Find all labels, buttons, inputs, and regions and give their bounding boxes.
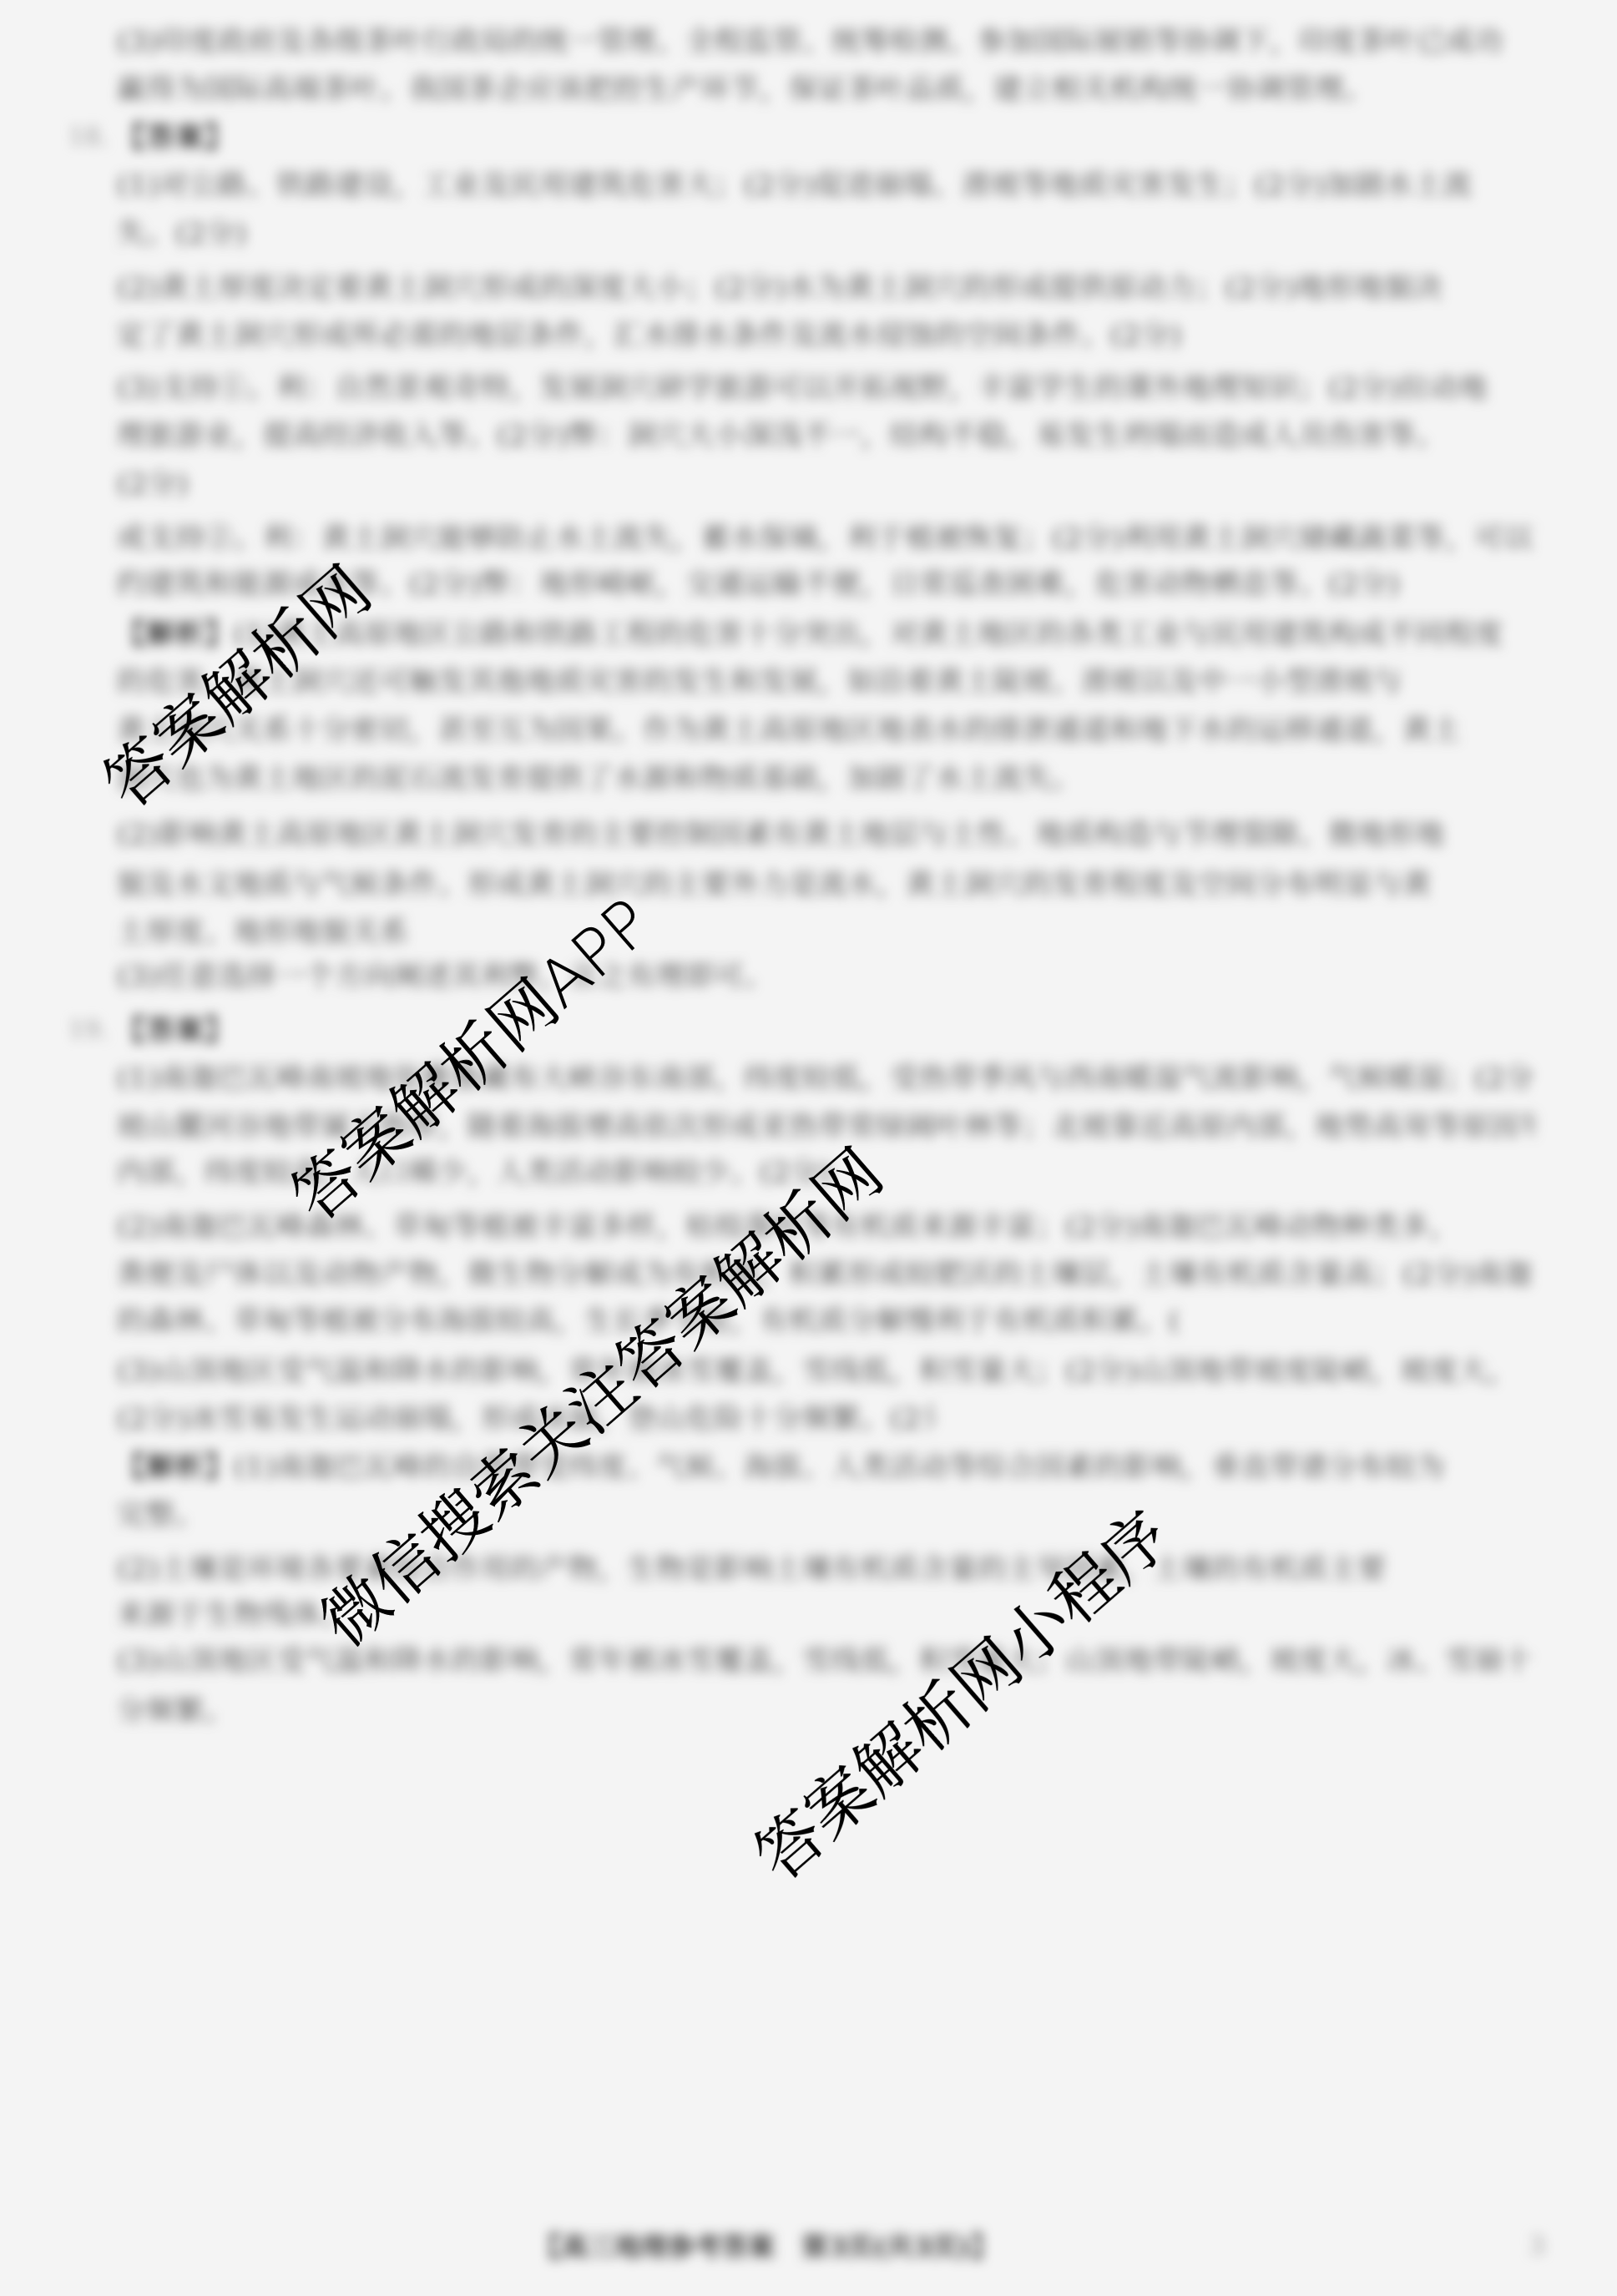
line-text: 貌及水文地质与气候条件。形成黄土洞穴的主要外力是流水，黄土洞穴的发育程度及空间分… [117, 868, 1432, 901]
text-line: 完整。 [117, 1498, 209, 1532]
text-line: 粪便及尸体以及动物产物，微生物分解成为有机质，积累形成较肥沃的土壤层，土壤有机质… [117, 1258, 1536, 1291]
text-line: (1)南迦巴瓦峰南坡地处雅鲁藏布大峡谷东南部，纬度较低，受热带季风与西南暖湿气流… [117, 1062, 1536, 1095]
section-tag: 【解析】 [117, 1451, 234, 1484]
text-line: 坡山麓河谷地带属于热带，随着海拔增高依次形成亚热带常绿阔叶林等；北坡靠近高原内部… [117, 1110, 1536, 1143]
section-tag: 【答案】 [117, 121, 234, 154]
line-text: 完整。 [117, 1498, 205, 1532]
text-line: (3)支持①。利：自然景观奇特，发展洞穴研学旅游可以开拓视野，丰富学生的课外地理… [117, 371, 1536, 405]
line-text: (3)印度政府及各级茶叶行政局的统一管理、全程监管、统筹检测、参加国际展销等协调… [117, 25, 1503, 58]
line-text: 分频繁。 [117, 1694, 234, 1728]
text-line: 内部，纬度较高，人口稀少，人类活动影响较少。(2分) [117, 1156, 835, 1189]
line-text: 的危害。黄土洞穴还可触发其他地质灾害的发生和发展，如沿着黄土陡坡、滑坡以及中一小… [117, 665, 1402, 699]
text-line: 【解析】(1)黄土高原地区公路和铁路工程的危害十分突出，对黄土地区的各类工业与民… [117, 618, 1536, 651]
line-text: (1)南迦巴瓦峰南坡地处雅鲁藏布大峡谷东南部，纬度较低，受热带季风与西南暖湿气流… [117, 1062, 1536, 1095]
line-text: 的森林、草甸等植被分布海拔较高，生长季节短，有机质分解慢利于有机质积累。(2分) [117, 1304, 1177, 1338]
text-line: 土厚度、地形地貌关系密切。 [117, 916, 409, 949]
text-line: 的森林、草甸等植被分布海拔较高，生长季节短，有机质分解慢利于有机质积累。(2分) [117, 1304, 1177, 1338]
text-line: (1)对公路、铁路建设，工业及民用建筑危害大；(2分)促进崩塌、滑坡等地质灾害发… [117, 169, 1536, 202]
text-line: 或支持②。利：黄土洞穴能够防止水土流失，蓄水保墒，利于植被恢复；(2分)利用黄土… [117, 522, 1536, 555]
text-line: (2)南迦巴瓦峰森林、草甸等植被丰富多样，枯枝落叶等有机质来源丰富；(2分)南迦… [117, 1210, 1536, 1244]
section-tag: 【解析】 [117, 618, 234, 651]
text-line: (2)影响黄土高原地区黄土洞穴发育的主要控制因素有黄土地层与土性、地质构造与节理… [117, 818, 1536, 851]
line-text: (2)土壤是环境各要素综合作用的产物，生物是影响土壤有机质含量的主导因素，土壤的… [117, 1552, 1387, 1586]
line-text: 粪便及尸体以及动物产物，微生物分解成为有机质，积累形成较肥沃的土壤层，土壤有机质… [117, 1258, 1536, 1291]
text-line: (2分) [117, 467, 200, 501]
text-line: (2分)冰雪易发生运动崩塌，形成冰崩，登山危险十分频繁。(2分) [117, 1402, 935, 1436]
line-text: 黄土洞穴关系十分密切，甚至互为因果。作为黄土高原地区地表水的排泄通道和地下水的运… [117, 714, 1461, 747]
line-text: (1)南迦巴瓦峰的自然带受纬度、气候、海拔、人类活动等综合因素的影响，垂直带谱分… [234, 1451, 1445, 1484]
text-line: 【解析】(1)南迦巴瓦峰的自然带受纬度、气候、海拔、人类活动等综合因素的影响，垂… [117, 1451, 1536, 1484]
text-line: 失。(2分) [117, 217, 250, 250]
line-text: (2)黄土厚度决定着黄土洞穴形成的深度大小；(2分)水为黄土洞穴的形成提供原动力… [117, 271, 1443, 305]
document-page: (3)印度政府及各级茶叶行政局的统一管理、全程监管、统筹检测、参加国际展销等协调… [0, 0, 1617, 2296]
text-line: 赢得为国际高端茶叶。我国茶企应该把控生产环节，保证茶叶品质，建立相关机构统一协调… [117, 73, 1419, 106]
watermark-text: 答案解析网小程序 [732, 1486, 1186, 1898]
line-text: 坡山麓河谷地带属于热带，随着海拔增高依次形成亚热带常绿阔叶林等；北坡靠近高原内部… [117, 1110, 1536, 1143]
text-line: 约建筑和能源成本等。(2分)弊：地形崎岖，交通运输不便，日常巡查困难，危害动物栖… [117, 568, 1419, 601]
line-text: 土厚度、地形地貌关系密切。 [117, 916, 409, 949]
page-number: 3 [1529, 2230, 1545, 2263]
text-line: (2)土壤是环境各要素综合作用的产物，生物是影响土壤有机质含量的主导因素，土壤的… [117, 1552, 1536, 1586]
text-line: 来源于生物残体。 [117, 1598, 351, 1632]
line-text: 定了黄土洞穴形成所必需的地层条件，汇水排水条件及流水侵蚀的空间条件。(2分) [117, 319, 1182, 352]
line-text: 理旅游业，提高经济收入等。(2分)弊：洞穴大小深浅不一，结构不稳，易发生坍塌而造… [117, 419, 1445, 452]
text-line: 定了黄土洞穴形成所必需的地层条件，汇水排水条件及流水侵蚀的空间条件。(2分) [117, 319, 1327, 352]
line-text: (2)影响黄土高原地区黄土洞穴发育的主要控制因素有黄土地层与土性、地质构造与节理… [117, 818, 1445, 851]
text-line: 貌及水文地质与气候条件。形成黄土洞穴的主要外力是流水，黄土洞穴的发育程度及空间分… [117, 868, 1536, 901]
text-line: 洞穴也为黄土地区的泥石流发育提供了水源和物质基础，加剧了水土流失。 [117, 762, 1119, 795]
line-text: 来源于生物残体。 [117, 1598, 351, 1632]
line-text: (2)南迦巴瓦峰森林、草甸等植被丰富多样，枯枝落叶等有机质来源丰富；(2分)南迦… [117, 1210, 1458, 1244]
text-line: 【答案】 [117, 1014, 234, 1047]
text-line: (3)任意选择一个方向阐述其利弊，言之有理即可。 [117, 960, 818, 993]
text-line: (2)黄土厚度决定着黄土洞穴形成的深度大小；(2分)水为黄土洞穴的形成提供原动力… [117, 271, 1536, 305]
footer-title: 【高三地理参考答案 第3页(共3页)】 [534, 2231, 998, 2263]
line-text: 内部，纬度较高，人口稀少，人类活动影响较少。(2分) [117, 1156, 831, 1189]
line-text: 赢得为国际高端茶叶。我国茶企应该把控生产环节，保证茶叶品质，建立相关机构统一协调… [117, 73, 1373, 106]
line-text: (1)黄土高原地区公路和铁路工程的危害十分突出，对黄土地区的各类工业与民用建筑构… [234, 618, 1503, 651]
text-line: 黄土洞穴关系十分密切，甚至互为因果。作为黄土高原地区地表水的排泄通道和地下水的运… [117, 714, 1536, 747]
line-text: (1)对公路、铁路建设，工业及民用建筑危害大；(2分)促进崩塌、滑坡等地质灾害发… [117, 169, 1472, 202]
footer-label: 【高三地理参考答案 第3页(共3页)】 [534, 2230, 998, 2263]
line-text: (3)任意选择一个方向阐述其利弊，言之有理即可。 [117, 960, 773, 993]
line-text: (3)支持①。利：自然景观奇特，发展洞穴研学旅游可以开拓视野，丰富学生的课外地理… [117, 371, 1488, 405]
line-text: 约建筑和能源成本等。(2分)弊：地形崎岖，交通运输不便，日常巡查困难，危害动物栖… [117, 568, 1400, 601]
section-tag: 【答案】 [117, 1014, 234, 1047]
text-line: (3)山顶地区受气温和降水的影响，常年被冰雪覆盖，雪线低，积雪量大；(2分)山顶… [117, 1355, 1536, 1388]
line-text: (2分) [117, 467, 189, 501]
text-line: 理旅游业，提高经济收入等。(2分)弊：洞穴大小深浅不一，结构不稳，易发生坍塌而造… [117, 419, 1536, 452]
line-text: (2分)冰雪易发生运动崩塌，形成冰崩，登山危险十分频繁。(2分) [117, 1402, 935, 1436]
text-line: 分频繁。 [117, 1694, 242, 1728]
text-line: (3)山顶地区受气温和降水的影响，常年被冰雪覆盖，雪线低，积雪量大；山顶地带陡峭… [117, 1644, 1536, 1678]
line-text: (3)山顶地区受气温和降水的影响，常年被冰雪覆盖，雪线低，积雪量大；山顶地带陡峭… [117, 1644, 1533, 1678]
line-text: 或支持②。利：黄土洞穴能够防止水土流失，蓄水保墒，利于植被恢复；(2分)利用黄土… [117, 522, 1536, 555]
question-number: 18. [68, 121, 109, 154]
line-text: 失。(2分) [117, 217, 247, 250]
text-line: 【答案】 [117, 121, 234, 154]
line-text: (3)山顶地区受气温和降水的影响，常年被冰雪覆盖，雪线低，积雪量大；(2分)山顶… [117, 1355, 1517, 1388]
text-line: (3)印度政府及各级茶叶行政局的统一管理、全程监管、统筹检测、参加国际展销等协调… [117, 25, 1536, 58]
question-number: 19. [68, 1014, 109, 1047]
text-line: 的危害。黄土洞穴还可触发其他地质灾害的发生和发展，如沿着黄土陡坡、滑坡以及中一小… [117, 665, 1536, 699]
line-text: 洞穴也为黄土地区的泥石流发育提供了水源和物质基础，加剧了水土流失。 [117, 762, 1081, 795]
